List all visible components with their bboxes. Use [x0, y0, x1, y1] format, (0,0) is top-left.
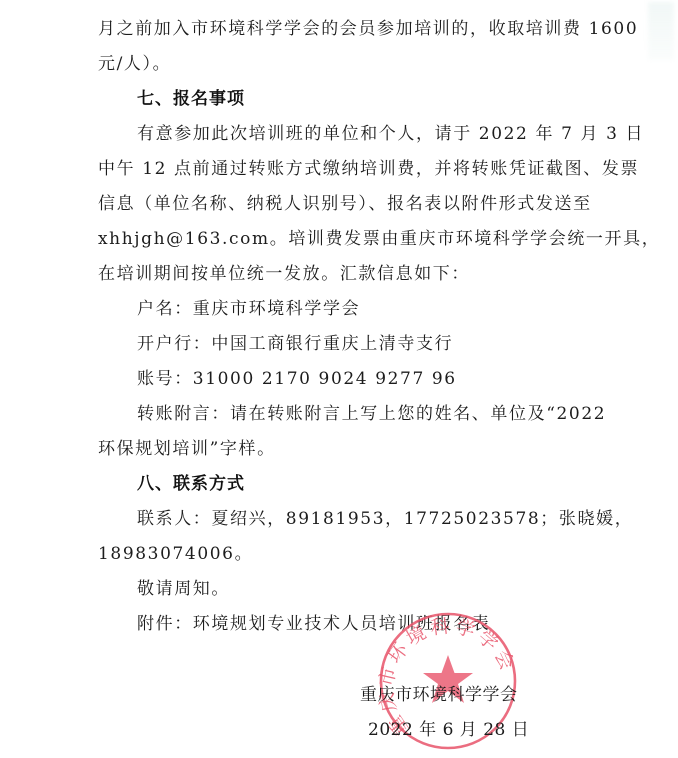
scan-bleed-through [648, 2, 674, 60]
paragraph-line: 元/人）。 [98, 53, 171, 75]
attachment-text: 附件：环境规划专业技术人员培训班报名表 [137, 613, 490, 635]
contact-line: 18983074006。 [98, 543, 253, 565]
paragraph-line: 信息（单位名称、纳税人识别号）、报名表以附件形式发送至 [98, 193, 592, 215]
contact-line: 联系人：夏绍兴，89181953，17725023578；张晓媛， [137, 508, 633, 530]
paragraph-line: 月之前加入市环境科学学会的会员参加培训的，收取培训费 1600 [98, 18, 638, 40]
transfer-note: 转账附言：请在转账附言上写上您的姓名、单位及“2022 [137, 403, 606, 425]
document-page: 月之前加入市环境科学学会的会员参加培训的，收取培训费 1600 元/人）。 七、… [0, 0, 678, 758]
section-8-heading: 八、联系方式 [137, 473, 245, 495]
paragraph-line: 中午 12 点前通过转账方式缴纳培训费，并将转账凭证截图、发票 [98, 158, 639, 180]
transfer-note: 环保规划培训”字样。 [98, 438, 276, 460]
section-7-heading: 七、报名事项 [137, 88, 245, 110]
email-line: xhhjgh@163.com。培训费发票由重庆市环境科学学会统一开具， [98, 228, 660, 250]
account-number: 账号：31000 2170 9024 9277 96 [137, 368, 457, 390]
paragraph-line: 在培训期间按单位统一发放。汇款信息如下： [98, 263, 470, 285]
closing-text: 敬请周知。 [137, 578, 230, 600]
signature-date: 2022 年 6 月 28 日 [368, 719, 529, 741]
bank-name: 开户行：中国工商银行重庆上清寺支行 [137, 333, 453, 355]
paragraph-line: 有意参加此次培训班的单位和个人，请于 2022 年 7 月 3 日 [137, 123, 644, 145]
signature-organization: 重庆市环境科学学会 [360, 684, 518, 706]
account-name: 户名：重庆市环境科学学会 [137, 298, 360, 320]
